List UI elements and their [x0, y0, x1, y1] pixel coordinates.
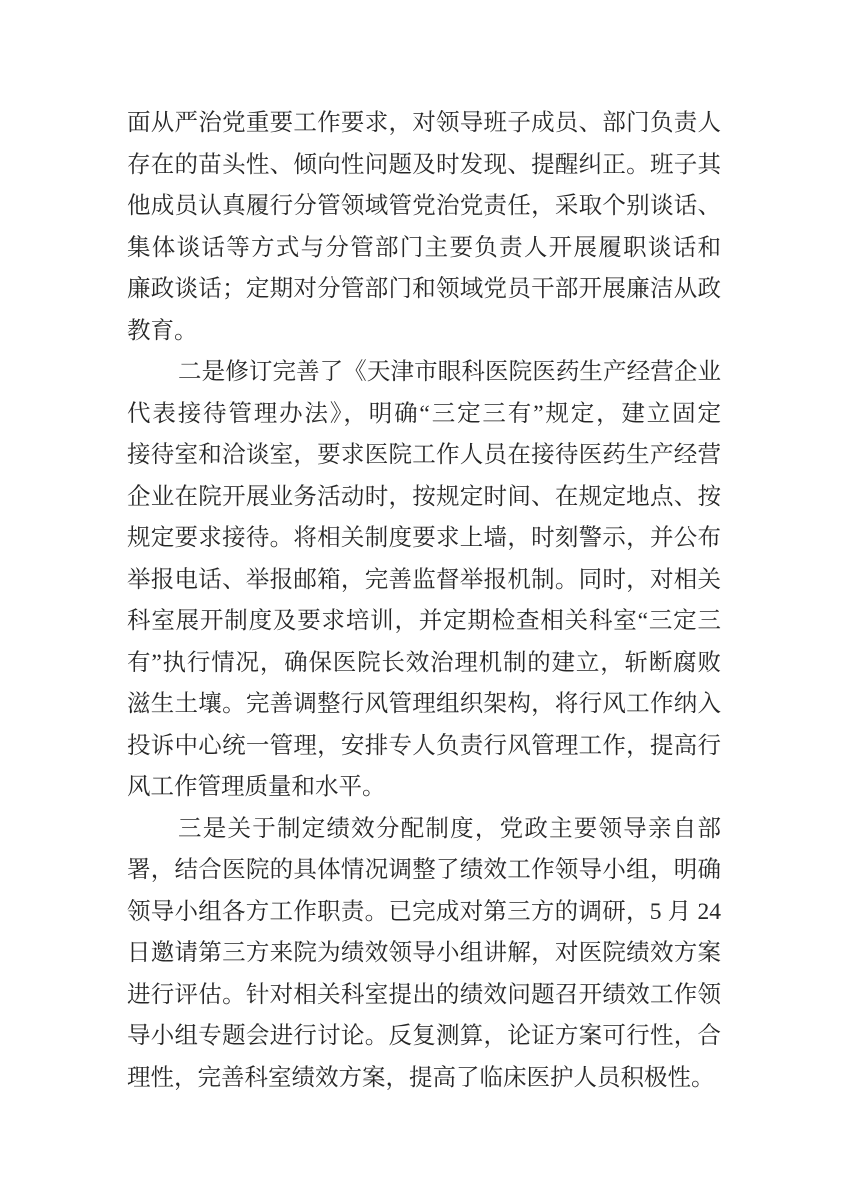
text-line: 规定要求接待。将相关制度要求上墙，时刻警示，并公布: [127, 518, 721, 560]
text-line: 他成员认真履行分管领域管党治党责任，采取个别谈话、: [127, 186, 721, 228]
paragraph-2: 二是修订完善了《天津市眼科医院医药生产经营企业代表接待管理办法》，明确“三定三有…: [127, 352, 721, 809]
document-page: 面从严治党重要工作要求，对领导班子成员、部门负责人存在的苗头性、倾向性问题及时发…: [0, 0, 848, 1200]
text-line: 接待室和洽谈室，要求医院工作人员在接待医药生产经营: [127, 435, 721, 477]
text-line: 风工作管理质量和水平。: [127, 767, 721, 809]
text-line: 理性，完善科室绩效方案，提高了临床医护人员积极性。: [127, 1058, 721, 1100]
text-line: 存在的苗头性、倾向性问题及时发现、提醒纠正。班子其: [127, 145, 721, 187]
text-line: 有”执行情况，确保医院长效治理机制的建立，斩断腐败: [127, 643, 721, 685]
text-line: 集体谈话等方式与分管部门主要负责人开展履职谈话和: [127, 228, 721, 270]
text-line: 面从严治党重要工作要求，对领导班子成员、部门负责人: [127, 103, 721, 145]
text-line: 代表接待管理办法》，明确“三定三有”规定，建立固定: [127, 394, 721, 436]
paragraph-1: 面从严治党重要工作要求，对领导班子成员、部门负责人存在的苗头性、倾向性问题及时发…: [127, 103, 721, 352]
text-line: 教育。: [127, 311, 721, 353]
text-line: 导小组专题会进行讨论。反复测算，论证方案可行性，合: [127, 1016, 721, 1058]
text-line: 二是修订完善了《天津市眼科医院医药生产经营企业: [127, 352, 721, 394]
text-line: 举报电话、举报邮箱，完善监督举报机制。同时，对相关: [127, 560, 721, 602]
text-line: 滋生土壤。完善调整行风管理组织架构，将行风工作纳入: [127, 684, 721, 726]
text-line: 署，结合医院的具体情况调整了绩效工作领导小组，明确: [127, 850, 721, 892]
text-line: 投诉中心统一管理，安排专人负责行风管理工作，提高行: [127, 726, 721, 768]
text-line: 日邀请第三方来院为绩效领导小组讲解，对医院绩效方案: [127, 933, 721, 975]
paragraph-3: 三是关于制定绩效分配制度，党政主要领导亲自部署，结合医院的具体情况调整了绩效工作…: [127, 809, 721, 1100]
document-body: 面从严治党重要工作要求，对领导班子成员、部门负责人存在的苗头性、倾向性问题及时发…: [127, 103, 721, 1099]
text-line: 三是关于制定绩效分配制度，党政主要领导亲自部: [127, 809, 721, 851]
text-line: 进行评估。针对相关科室提出的绩效问题召开绩效工作领: [127, 975, 721, 1017]
text-line: 廉政谈话；定期对分管部门和领域党员干部开展廉洁从政: [127, 269, 721, 311]
text-line: 领导小组各方工作职责。已完成对第三方的调研，5 月 24: [127, 892, 721, 934]
text-line: 企业在院开展业务活动时，按规定时间、在规定地点、按: [127, 477, 721, 519]
text-line: 科室展开制度及要求培训，并定期检查相关科室“三定三: [127, 601, 721, 643]
